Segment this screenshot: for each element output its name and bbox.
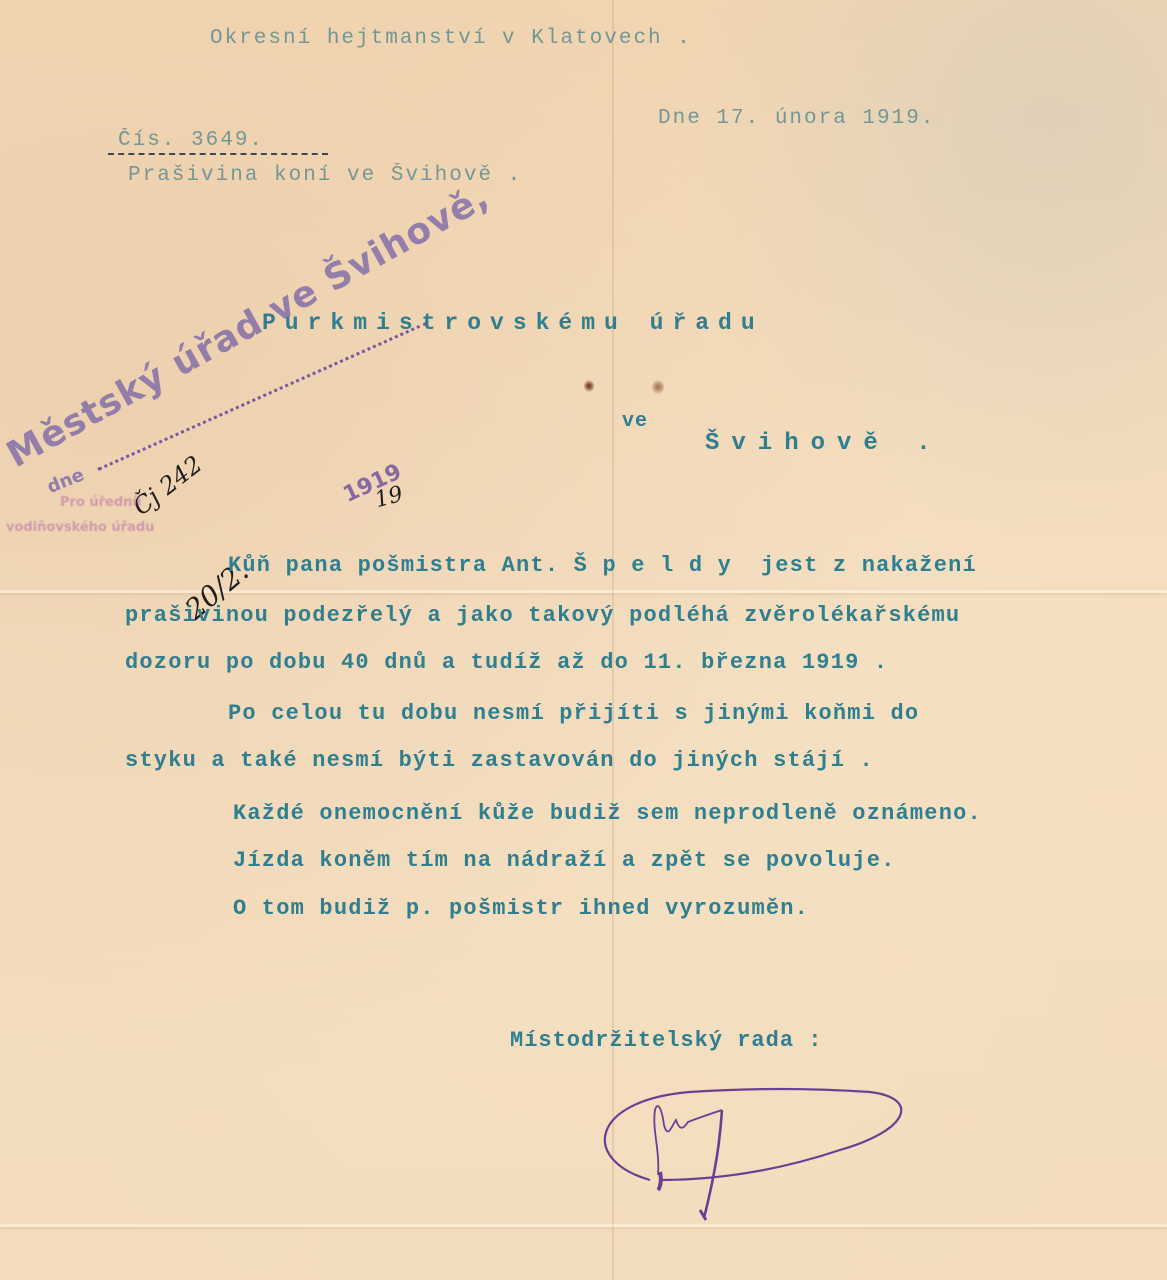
body-line: dozoru po dobu 40 dnů a tudíž až do 11. … <box>125 652 888 674</box>
horizontal-fold-line <box>0 590 1167 593</box>
ink-stain <box>652 380 664 394</box>
secondary-stamp-line: Pro úředníí <box>60 495 141 510</box>
body-line: styku a také nesmí býti zastavován do ji… <box>125 750 874 772</box>
handwritten-registry-ref: Čj 242 <box>128 450 208 521</box>
body-line: Jízda koněm tím na nádraží a zpět se pov… <box>233 850 896 872</box>
body-line: Každé onemocnění kůže budiž sem neprodle… <box>233 803 982 825</box>
ink-stain <box>584 380 594 392</box>
signatory-title: Místodržitelský rada : <box>510 1030 822 1052</box>
handwritten-year-suffix: 19 <box>372 482 406 513</box>
stamp-date-prefix: dne <box>44 464 87 498</box>
handwritten-signature-icon <box>580 1070 910 1230</box>
body-line: O tom budiž p. pošmistr ihned vyrozuměn. <box>233 898 809 920</box>
body-line: Po celou tu dobu nesmí přijíti s jinými … <box>228 703 919 725</box>
body-line: prašivinou podezřelý a jako takový podlé… <box>125 605 960 627</box>
document-date: Dne 17. února 1919. <box>658 108 935 129</box>
secondary-stamp-line: vodiňovského úřadu <box>6 520 154 535</box>
addressee-office: Purkmistrovskému úřadu <box>262 312 764 335</box>
reference-underline <box>108 153 328 155</box>
addressee-preposition: ve <box>622 412 648 432</box>
issuing-authority: Okresní hejtmanství v Klatovech . <box>210 28 692 49</box>
reference-number: Čís. 3649. <box>118 130 264 151</box>
body-line: Kůň pana pošmistra Ant. Š p e l d y jest… <box>228 555 977 577</box>
addressee-place: Švihově . <box>705 432 943 456</box>
